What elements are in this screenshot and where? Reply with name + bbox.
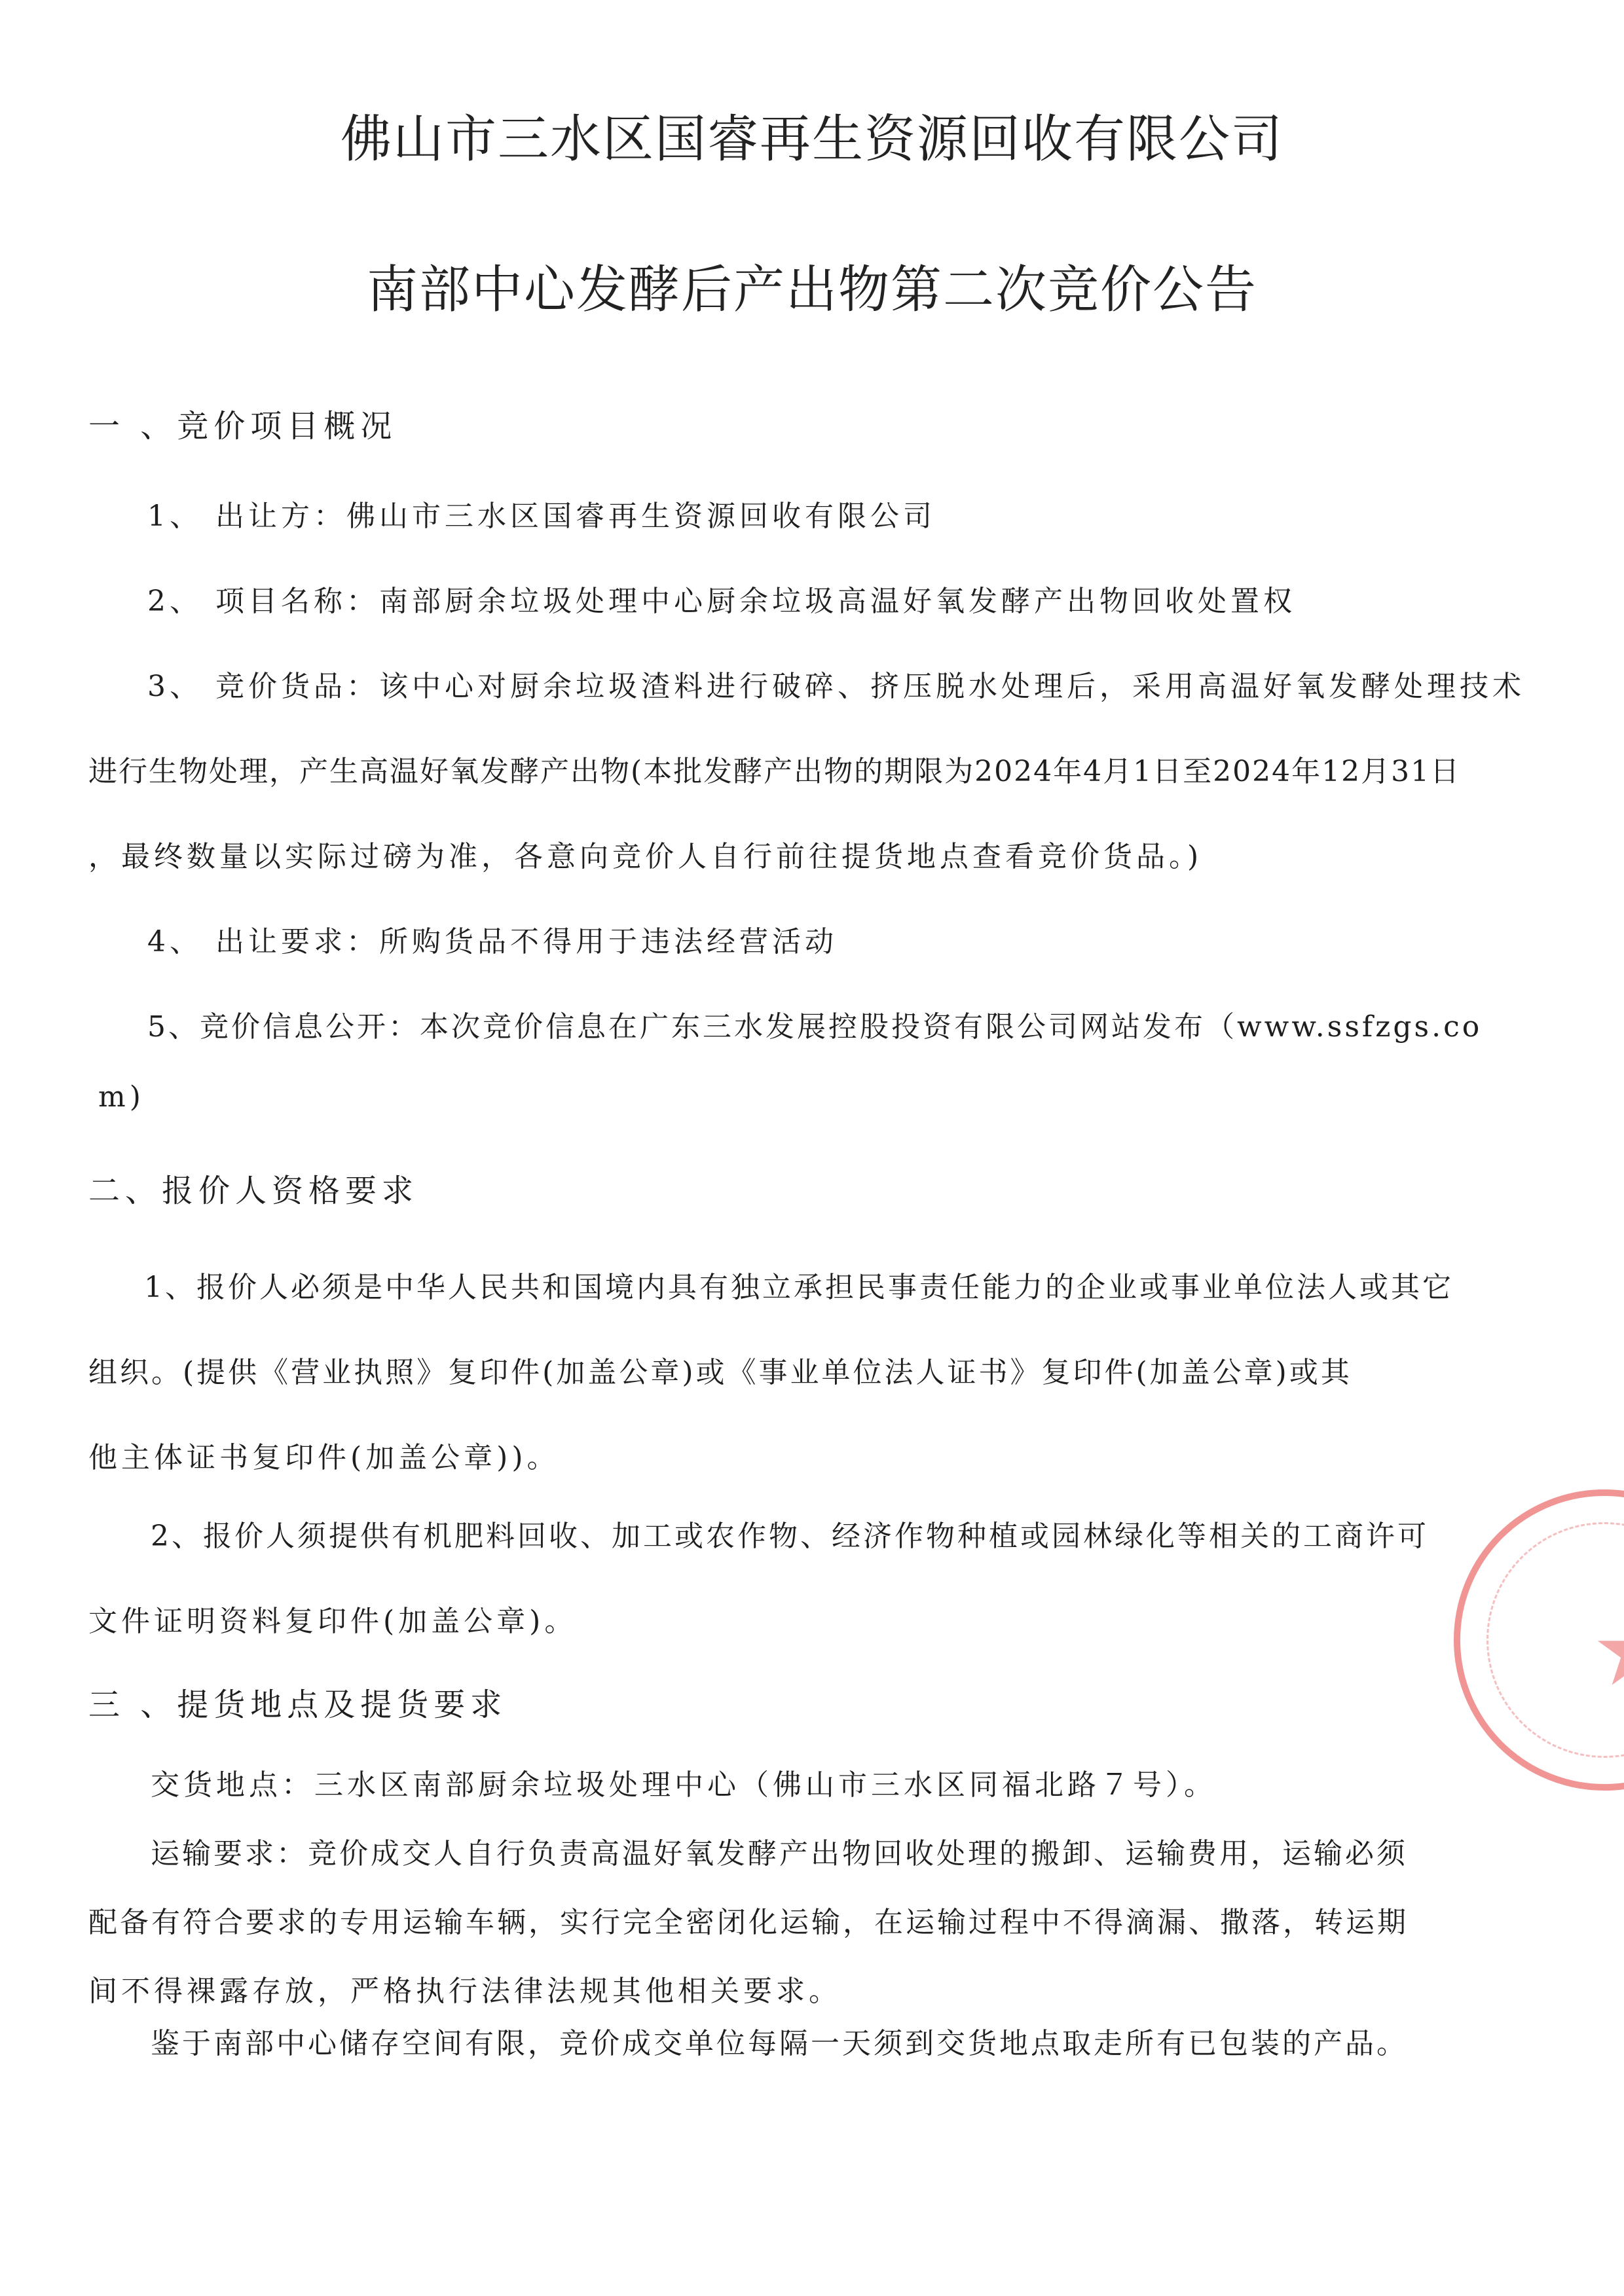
section1-heading: 一 、竞价项目概况 bbox=[88, 401, 397, 446]
section3-delivery-location: 交货地点：三水区南部厨余垃圾处理中心（佛山市三水区同福北路７号）。 bbox=[151, 1761, 1217, 1803]
document-title-line1: 佛山市三水区国睿再生资源回收有限公司 bbox=[0, 98, 1624, 172]
company-seal-stamp: ★ bbox=[1454, 1489, 1624, 1791]
section1-item-goods-cont2: ，最终数量以实际过磅为准，各意向竞价人自行前往提货地点查看竞价货品。) bbox=[88, 833, 1202, 875]
section1-item-seller: 1、 出让方：佛山市三水区国睿再生资源回收有限公司 bbox=[147, 492, 936, 534]
document-title-line2: 南部中心发酵后产出物第二次竞价公告 bbox=[0, 249, 1624, 322]
section2-item1-cont1: 组织。(提供《营业执照》复印件(加盖公章)或《事业单位法人证书》复印件(加盖公章… bbox=[88, 1349, 1352, 1391]
section1-item-requirements: 4、 出让要求：所购货品不得用于违法经营活动 bbox=[147, 918, 838, 960]
section3-heading: 三 、提货地点及提货要求 bbox=[88, 1679, 507, 1724]
section2-item2: 2、报价人须提供有机肥料回收、加工或农作物、经济作物种植或园林绿化等相关的工商许… bbox=[151, 1512, 1429, 1554]
section3-transport-req-cont2: 间不得裸露存放，严格执行法律法规其他相关要求。 bbox=[88, 1967, 841, 2009]
seal-star-icon: ★ bbox=[1591, 1594, 1624, 1708]
section2-item2-cont: 文件证明资料复印件(加盖公章)。 bbox=[88, 1597, 577, 1639]
section2-item1: 1、报价人必须是中华人民共和国境内具有独立承担民事责任能力的企业或事业单位法人或… bbox=[144, 1264, 1454, 1305]
section1-item-disclosure: 5、竞价信息公开：本次竞价信息在广东三水发展控股投资有限公司网站发布（www.s… bbox=[147, 1003, 1482, 1045]
document-page: 佛山市三水区国睿再生资源回收有限公司 南部中心发酵后产出物第二次竞价公告 一 、… bbox=[0, 0, 1624, 2296]
section1-item-disclosure-cont: m) bbox=[98, 1080, 145, 1114]
section2-heading: 二、报价人资格要求 bbox=[88, 1165, 418, 1211]
section3-transport-req-cont1: 配备有符合要求的专用运输车辆，实行完全密闭化运输，在运输过程中不得滴漏、撒落，转… bbox=[88, 1899, 1409, 1941]
section1-item-goods-cont1: 进行生物处理，产生高温好氧发酵产出物(本批发酵产出物的期限为2024年4月1日至… bbox=[88, 748, 1460, 790]
section2-item1-cont2: 他主体证书复印件(加盖公章))。 bbox=[88, 1434, 560, 1476]
section1-item-goods: 3、 竞价货品：该中心对厨余垃圾渣料进行破碎、挤压脱水处理后，采用高温好氧发酵处… bbox=[147, 663, 1525, 704]
section1-item-project-name: 2、 项目名称：南部厨余垃圾处理中心厨余垃圾高温好氧发酵产出物回收处置权 bbox=[147, 577, 1296, 619]
section3-transport-req: 运输要求：竞价成交人自行负责高温好氧发酵产出物回收处理的搬卸、运输费用，运输必须 bbox=[151, 1830, 1408, 1872]
section3-pickup-frequency: 鉴于南部中心储存空间有限，竞价成交单位每隔一天须到交货地点取走所有已包装的产品。 bbox=[151, 2020, 1408, 2062]
